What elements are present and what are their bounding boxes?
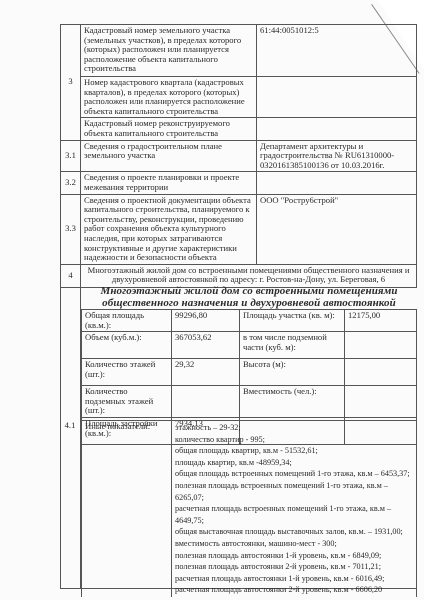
other-indicators-row: Иные показатели: этажность – 29-32; коли… — [82, 421, 417, 597]
indicator-item: расчетная площадь автостоянки 1-й уровен… — [175, 573, 413, 585]
other-indicators-values: этажность – 29-32; количество квартир - … — [172, 421, 417, 597]
indicator-list: этажность – 29-32; количество квартир - … — [175, 422, 413, 596]
table-row-planning-project: 3.2 Сведения о проекте планировки и прое… — [61, 172, 417, 194]
param-value — [172, 386, 240, 418]
row-number-4-1: 4.1 — [60, 420, 80, 430]
param-row-volume: Объем (куб.м.): 367053,62 в том числе по… — [82, 332, 417, 359]
row-value — [257, 172, 417, 194]
param-value: 29,32 — [172, 359, 240, 386]
row-label: Кадастровый номер реконструируемого объе… — [81, 118, 257, 140]
row-number-3-3: 3.3 — [61, 194, 81, 264]
indicator-item: расчетная площадь встроенных помещений 1… — [175, 503, 413, 526]
row-label: Сведения о градостроительном плане земел… — [81, 140, 257, 172]
scanned-document-page: 3 Кадастровый номер земельного участка (… — [0, 0, 424, 600]
indicator-item: количество квартир - 995; — [175, 434, 413, 446]
permit-table-upper: 3 Кадастровый номер земельного участка (… — [60, 24, 417, 288]
param-label: Объем (куб.м.): — [82, 332, 172, 359]
row-value: 61:44:0051012:5 — [257, 25, 417, 77]
param-value — [345, 386, 417, 418]
table-row-project-documentation: 3.3 Сведения о проектной документации об… — [61, 194, 417, 264]
row-label: Сведения о проекте планировки и проекте … — [81, 172, 257, 194]
param-label: Площадь участка (кв. м): — [240, 310, 345, 332]
indicator-item: общая площадь квартир, кв.м - 51532,61; — [175, 445, 413, 457]
indicator-item: вместимость автостоянки, машино-мест - 3… — [175, 538, 413, 550]
row-label: Номер кадастрового квартала (кадастровых… — [81, 77, 257, 118]
other-indicators-label: Иные показатели: — [82, 421, 172, 597]
param-label: Высота (м): — [240, 359, 345, 386]
row-number-3-2: 3.2 — [61, 172, 81, 194]
param-row-floors: Количество этажей (шт.): 29,32 Высота (м… — [82, 359, 417, 386]
row-number-3-1: 3.1 — [61, 140, 81, 172]
row-number-3: 3 — [61, 25, 81, 141]
param-value: 99296,80 — [172, 310, 240, 332]
param-row-total-area: Общая площадь (кв.м.): 99296,80 Площадь … — [82, 310, 417, 332]
param-row-underground-floors: Количество подземных этажей (шт.): Вмест… — [82, 386, 417, 418]
row-value — [257, 77, 417, 118]
indicator-item: этажность – 29-32; — [175, 422, 413, 434]
indicator-item: площадь квартир, кв.м -48959,34; — [175, 457, 413, 469]
row-value: Департамент архитектуры и градостроитель… — [257, 140, 417, 172]
table-row-cadastral-reconstructed: Кадастровый номер реконструируемого объе… — [61, 118, 417, 140]
row-label: Кадастровый номер земельного участка (зе… — [81, 25, 257, 77]
table-row-urban-plan: 3.1 Сведения о градостроительном плане з… — [61, 140, 417, 172]
indicator-item: полезная площадь встроенных помещений 1-… — [175, 480, 413, 503]
row-value — [257, 118, 417, 140]
table-row-cadastral-land: 3 Кадастровый номер земельного участка (… — [61, 25, 417, 77]
param-label: Общая площадь (кв.м.): — [82, 310, 172, 332]
param-value: 367053,62 — [172, 332, 240, 359]
other-indicators-table: Иные показатели: этажность – 29-32; коли… — [81, 420, 417, 597]
param-label: Количество этажей (шт.): — [82, 359, 172, 386]
row-label: Сведения о проектной документации объект… — [81, 194, 257, 264]
indicator-item: полезная площадь автостоянки 1-й уровень… — [175, 550, 413, 562]
param-value — [345, 359, 417, 386]
param-value — [345, 332, 417, 359]
row-value: ООО "Ростру6строй" — [257, 194, 417, 264]
section-4-1-title: Многоэтажный жилой дом со встроенными по… — [82, 285, 416, 309]
indicator-item: полезная площадь автостоянки 2-й уровень… — [175, 561, 413, 573]
table-row-cadastral-quarter: Номер кадастрового квартала (кадастровых… — [61, 77, 417, 118]
param-label: в том числе подземной части (куб. м): — [240, 332, 345, 359]
indicator-item: расчетная площадь автостоянки 2-й уровен… — [175, 584, 413, 596]
param-label: Количество подземных этажей (шт.): — [82, 386, 172, 418]
param-label: Вместимость (чел.): — [240, 386, 345, 418]
param-value: 12175,00 — [345, 310, 417, 332]
indicator-item: общая площадь встроенных помещений 1-го … — [175, 468, 413, 480]
indicator-item: общая выставочная площадь выставочных за… — [175, 526, 413, 538]
